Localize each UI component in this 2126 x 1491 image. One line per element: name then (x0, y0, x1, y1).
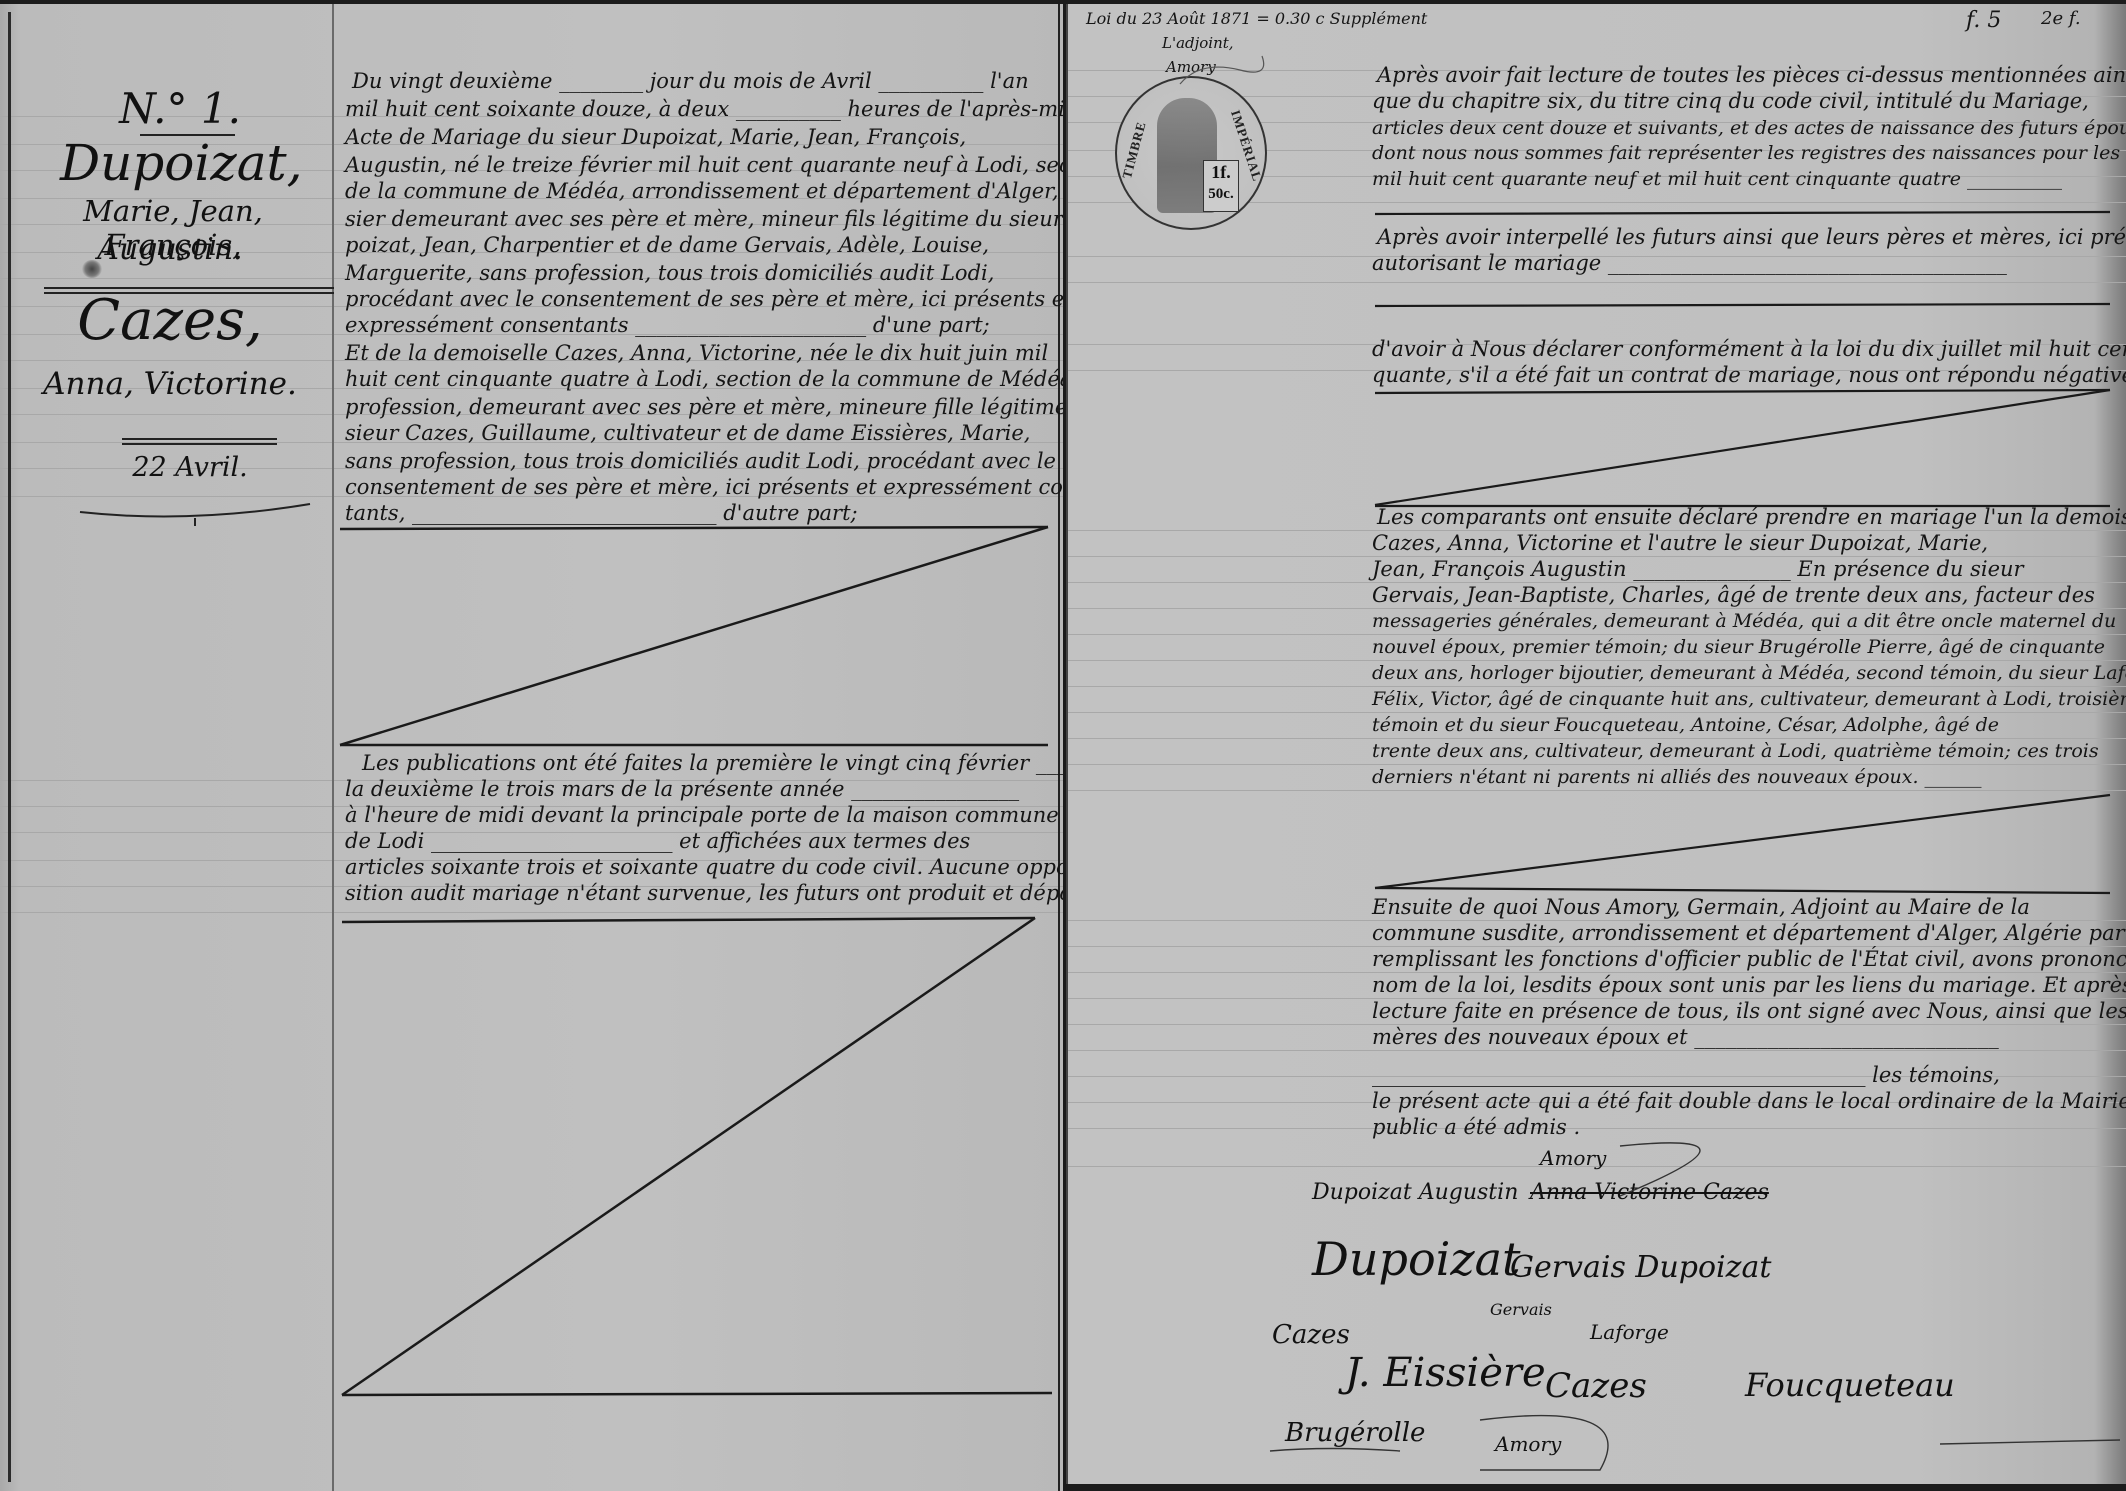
signature: Cazes (1545, 1366, 1647, 1406)
stamp-left-text: TIMBRE (1119, 120, 1150, 181)
pronouncement-line: public a été admis . (1372, 1112, 1580, 1142)
signature: J. Eissière (1345, 1350, 1546, 1396)
stamp-value-francs: 1f. (1204, 161, 1238, 183)
header-note: Loi du 23 Août 1871 = 0.30 c Supplément (1086, 4, 1427, 34)
declaration-line: derniers n'étant ni parents ni alliés de… (1372, 762, 1982, 792)
signature: Brugérolle (1285, 1418, 1425, 1448)
stamp-value-centimes: 50c. (1204, 183, 1238, 205)
reading-line: que du chapitre six, du titre cinq du co… (1372, 86, 2089, 116)
signature: Foucqueteau (1745, 1366, 1955, 1404)
signature: Gervais Dupoizat (1510, 1250, 1771, 1285)
reading-line: mil huit cent quarante neuf et mil huit … (1372, 164, 2062, 194)
cancellation-strokes (0, 4, 1063, 1491)
signature: Laforge (1590, 1320, 1669, 1344)
timbre-imperial-stamp: TIMBRE IMPÉRIAL 1f. 50c. (1115, 76, 1267, 230)
interpellation-line: autorisant le mariage __________________… (1372, 248, 2007, 278)
signature: Amory (1495, 1432, 1561, 1456)
left-page: N.° 1. Dupoizat, Marie, Jean, François, … (0, 4, 1063, 1491)
signature: Anna Victorine Cazes (1530, 1180, 1769, 1205)
signature: Dupoizat Augustin (1312, 1180, 1518, 1205)
signature: Cazes (1272, 1320, 1350, 1350)
pronouncement-line: mères des nouveaux époux et ____________… (1372, 1022, 1999, 1052)
contract-line: quante, s'il a été fait un contrat de ma… (1372, 360, 2126, 390)
stamp-value: 1f. 50c. (1203, 160, 1239, 212)
folio-number: f. 5 (1966, 6, 2001, 36)
signature: Dupoizat (1312, 1232, 1521, 1286)
folio-mark: 2e f. (2041, 4, 2081, 34)
signature: Amory (1540, 1146, 1606, 1170)
signature: Gervais (1490, 1300, 1552, 1319)
